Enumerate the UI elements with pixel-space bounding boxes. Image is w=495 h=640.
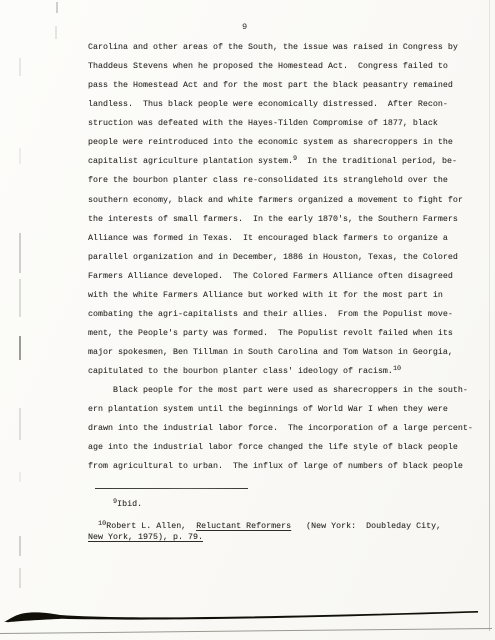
text-line: age into the industrial labor force chan… bbox=[88, 438, 473, 457]
scan-artifact-dash bbox=[19, 568, 21, 588]
scan-edge-artifact bbox=[0, 600, 495, 640]
body-text: Carolina and other areas of the South, t… bbox=[88, 38, 473, 476]
text-line: drawn into the industrial labor force. T… bbox=[88, 419, 473, 438]
text-line: pass the Homestead Act and for the most … bbox=[88, 76, 473, 95]
scan-artifact-dash bbox=[19, 472, 21, 482]
text-line: people were reintroduced into the econom… bbox=[88, 133, 473, 152]
scan-bottom-thin-line bbox=[0, 629, 492, 634]
underlined-text: New York, 1975), p. 79. bbox=[88, 533, 203, 542]
text-line: major spokesmen, Ben Tillman in South Ca… bbox=[88, 343, 473, 362]
text-line: 9Ibid. bbox=[88, 499, 441, 511]
text-line: ern plantation system until the beginnin… bbox=[88, 400, 473, 419]
scan-artifact-dash bbox=[19, 408, 21, 440]
text-line: parallel organization and in December, 1… bbox=[88, 248, 473, 267]
scan-bottom-thick-line bbox=[4, 611, 478, 622]
underlined-text: Reluctant Reformers bbox=[196, 522, 291, 531]
scan-artifact-dash bbox=[55, 26, 57, 39]
text-line: Thaddeus Stevens when he proposed the Ho… bbox=[88, 57, 473, 76]
scan-artifact-dash bbox=[19, 279, 21, 317]
text-line: capitulated to the bourbon planter class… bbox=[88, 362, 473, 381]
scan-artifact-dash bbox=[19, 58, 21, 76]
text-line: southern economy, black and white farmer… bbox=[88, 191, 473, 210]
scan-artifact-dash bbox=[19, 336, 21, 360]
footnote-reference: 9 bbox=[113, 498, 117, 506]
footnote-reference: 10 bbox=[98, 520, 106, 528]
text-line: 10Robert L. Allen, Reluctant Reformers (… bbox=[88, 521, 441, 533]
text-line: Alliance was formed in Texas. It encoura… bbox=[88, 229, 473, 248]
scan-artifact-dash bbox=[19, 233, 21, 273]
scan-artifact-dash bbox=[56, 2, 58, 13]
page-edge-line-right bbox=[489, 0, 490, 400]
text-line: combating the agri-capitalists and their… bbox=[88, 305, 473, 324]
page-number: 9 bbox=[242, 22, 247, 32]
text-line: Farmers Alliance developed. The Colored … bbox=[88, 267, 473, 286]
text-line: the interests of small farmers. In the e… bbox=[88, 210, 473, 229]
scan-artifact-dash bbox=[19, 148, 21, 164]
text-line: ment, the People's party was formed. The… bbox=[88, 324, 473, 343]
text-line: fore the bourbon planter class re-consol… bbox=[88, 171, 473, 190]
text-line: landless. Thus black people were economi… bbox=[88, 95, 473, 114]
text-line: from agricultural to urban. The influx o… bbox=[88, 457, 473, 476]
scan-artifact-dash bbox=[19, 536, 21, 556]
footnote-reference: 9 bbox=[293, 155, 297, 163]
footnote-reference: 10 bbox=[393, 365, 401, 373]
page-edge-line-right bbox=[489, 400, 490, 631]
text-line: capitalist agriculture plantation system… bbox=[88, 152, 473, 171]
text-line: Black people for the most part were used… bbox=[88, 381, 473, 400]
scanned-page: 9 Carolina and other areas of the South,… bbox=[0, 0, 495, 640]
text-line: New York, 1975), p. 79. bbox=[88, 532, 441, 544]
footnote-separator bbox=[95, 488, 248, 489]
text-line: with the white Farmers Alliance but work… bbox=[88, 286, 473, 305]
footnotes: 9Ibid. 10Robert L. Allen, Reluctant Refo… bbox=[88, 499, 441, 544]
text-line: struction was defeated with the Hayes-Ti… bbox=[88, 114, 473, 133]
text-line: Carolina and other areas of the South, t… bbox=[88, 38, 473, 57]
